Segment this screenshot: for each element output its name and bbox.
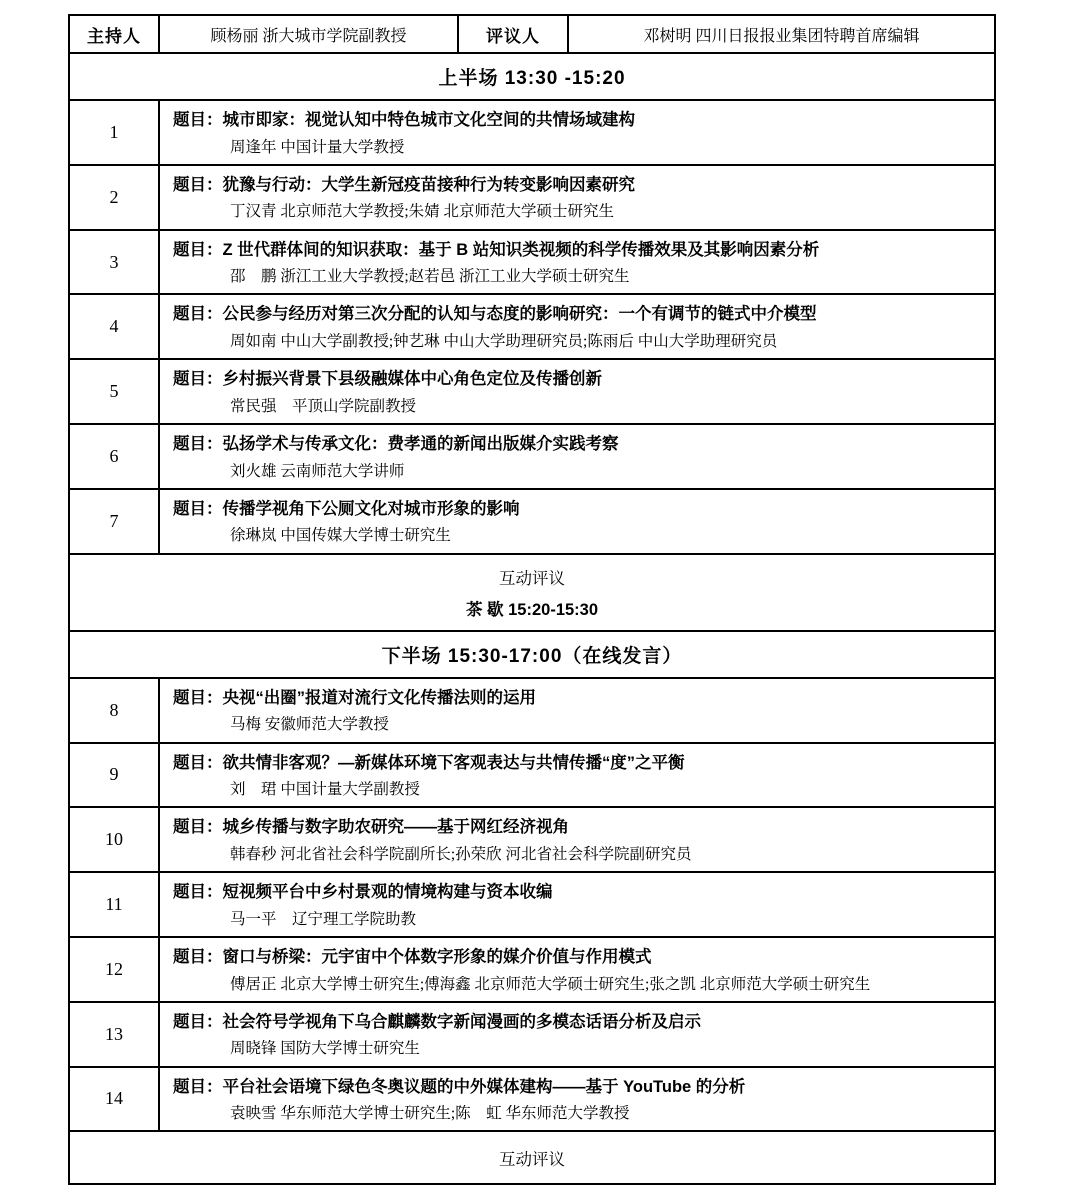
- presentation-number-cell: 13: [70, 1003, 160, 1066]
- presentation-content-cell: 题目：城乡传播与数字助农研究——基于网红经济视角 韩春秒 河北省社会科学院副所长…: [160, 808, 994, 871]
- presentation-authors: 周晓锋 国防大学博士研究生: [173, 1037, 980, 1060]
- presentation-content-cell: 题目：乡村振兴背景下县级融媒体中心角色定位及传播创新 常民强 平顶山学院副教授: [160, 360, 994, 423]
- presentation-number-cell: 1: [70, 101, 160, 164]
- presentation-number-cell: 8: [70, 679, 160, 742]
- presentation-number: 3: [110, 252, 119, 273]
- presentation-authors: 韩春秒 河北省社会科学院副所长;孙荣欣 河北省社会科学院副研究员: [173, 843, 980, 866]
- presentation-content-cell: 题目：Z 世代群体间的知识获取：基于 B 站知识类视频的科学传播效果及其影响因素…: [160, 231, 994, 294]
- presentation-row: 1 题目：城市即家：视觉认知中特色城市文化空间的共情场域建构 周逢年 中国计量大…: [70, 101, 994, 166]
- presentation-authors: 常民强 平顶山学院副教授: [173, 395, 980, 418]
- presentation-title: 题目：乡村振兴背景下县级融媒体中心角色定位及传播创新: [173, 367, 980, 393]
- presentation-row: 8 题目：央视“出圈”报道对流行文化传播法则的运用 马梅 安徽师范大学教授: [70, 679, 994, 744]
- presentation-title: 题目：城乡传播与数字助农研究——基于网红经济视角: [173, 815, 980, 841]
- host-label: 主持人: [70, 16, 160, 52]
- presentation-number-cell: 7: [70, 490, 160, 553]
- presentation-content-cell: 题目：弘扬学术与传承文化：费孝通的新闻出版媒介实践考察 刘火雄 云南师范大学讲师: [160, 425, 994, 488]
- presentation-content-cell: 题目：窗口与桥梁：元宇宙中个体数字形象的媒介价值与作用模式 傅居正 北京大学博士…: [160, 938, 994, 1001]
- presentation-content-cell: 题目：城市即家：视觉认知中特色城市文化空间的共情场域建构 周逢年 中国计量大学教…: [160, 101, 994, 164]
- presentation-number-cell: 9: [70, 744, 160, 807]
- presentation-number-cell: 3: [70, 231, 160, 294]
- presentation-content-cell: 题目：公民参与经历对第三次分配的认知与态度的影响研究：一个有调节的链式中介模型 …: [160, 295, 994, 358]
- presentation-authors: 周逢年 中国计量大学教授: [173, 136, 980, 159]
- presentation-title: 题目：短视频平台中乡村景观的情境构建与资本收编: [173, 880, 980, 906]
- host-value: 顾杨丽 浙大城市学院副教授: [160, 16, 459, 52]
- presentation-content-cell: 题目：传播学视角下公厕文化对城市形象的影响 徐琳岚 中国传媒大学博士研究生: [160, 490, 994, 553]
- presentation-number-cell: 11: [70, 873, 160, 936]
- presentation-number: 4: [110, 316, 119, 337]
- presentation-authors: 丁汉青 北京师范大学教授;朱婧 北京师范大学硕士研究生: [173, 200, 980, 223]
- presentation-row: 5 题目：乡村振兴背景下县级融媒体中心角色定位及传播创新 常民强 平顶山学院副教…: [70, 360, 994, 425]
- presentation-number: 9: [110, 764, 119, 785]
- presentation-number: 12: [105, 959, 123, 980]
- presentation-title: 题目：平台社会语境下绿色冬奥议题的中外媒体建构——基于 YouTube 的分析: [173, 1075, 980, 1101]
- session2-rows: 8 题目：央视“出圈”报道对流行文化传播法则的运用 马梅 安徽师范大学教授 9 …: [70, 679, 994, 1133]
- presentation-row: 12 题目：窗口与桥梁：元宇宙中个体数字形象的媒介价值与作用模式 傅居正 北京大…: [70, 938, 994, 1003]
- presentation-title: 题目：欲共情非客观？—新媒体环境下客观表达与共情传播“度”之平衡: [173, 751, 980, 777]
- presentation-row: 10 题目：城乡传播与数字助农研究——基于网红经济视角 韩春秒 河北省社会科学院…: [70, 808, 994, 873]
- presentation-authors: 马梅 安徽师范大学教授: [173, 713, 980, 736]
- presentation-number: 11: [105, 894, 122, 915]
- presentation-authors: 马一平 辽宁理工学院助教: [173, 908, 980, 931]
- footer-discussion-label: 互动评议: [499, 1146, 565, 1170]
- presentation-row: 4 题目：公民参与经历对第三次分配的认知与态度的影响研究：一个有调节的链式中介模…: [70, 295, 994, 360]
- presentation-number: 7: [110, 511, 119, 532]
- presentation-row: 3 题目：Z 世代群体间的知识获取：基于 B 站知识类视频的科学传播效果及其影响…: [70, 231, 994, 296]
- presentation-number: 10: [105, 829, 123, 850]
- presentation-title: 题目：窗口与桥梁：元宇宙中个体数字形象的媒介价值与作用模式: [173, 945, 980, 971]
- presentation-title: 题目：弘扬学术与传承文化：费孝通的新闻出版媒介实践考察: [173, 432, 980, 458]
- presentation-number-cell: 2: [70, 166, 160, 229]
- tea-break-label: 茶 歇 15:20-15:30: [466, 596, 598, 620]
- presentation-number: 1: [110, 122, 119, 143]
- interactive-discussion-label: 互动评议: [499, 565, 565, 589]
- presentation-number: 14: [105, 1088, 123, 1109]
- presentation-title: 题目：Z 世代群体间的知识获取：基于 B 站知识类视频的科学传播效果及其影响因素…: [173, 238, 980, 264]
- reviewer-value: 邓树明 四川日报报业集团特聘首席编辑: [569, 16, 994, 52]
- presentation-number-cell: 5: [70, 360, 160, 423]
- presentation-authors: 刘火雄 云南师范大学讲师: [173, 460, 980, 483]
- presentation-row: 2 题目：犹豫与行动：大学生新冠疫苗接种行为转变影响因素研究 丁汉青 北京师范大…: [70, 166, 994, 231]
- presentation-content-cell: 题目：短视频平台中乡村景观的情境构建与资本收编 马一平 辽宁理工学院助教: [160, 873, 994, 936]
- session2-title-text: 下半场 15:30-17:00（在线发言）: [382, 641, 683, 668]
- presentation-row: 7 题目：传播学视角下公厕文化对城市形象的影响 徐琳岚 中国传媒大学博士研究生: [70, 490, 994, 555]
- presentation-content-cell: 题目：央视“出圈”报道对流行文化传播法则的运用 马梅 安徽师范大学教授: [160, 679, 994, 742]
- presentation-content-cell: 题目：平台社会语境下绿色冬奥议题的中外媒体建构——基于 YouTube 的分析 …: [160, 1068, 994, 1131]
- presentation-authors: 周如南 中山大学副教授;钟艺琳 中山大学助理研究员;陈雨后 中山大学助理研究员: [173, 330, 980, 353]
- presentation-number: 6: [110, 446, 119, 467]
- presentation-title: 题目：央视“出圈”报道对流行文化传播法则的运用: [173, 686, 980, 712]
- presentation-number: 2: [110, 187, 119, 208]
- presentation-content-cell: 题目：社会符号学视角下乌合麒麟数字新闻漫画的多模态话语分析及启示 周晓锋 国防大…: [160, 1003, 994, 1066]
- conference-session-schedule-table: 主持人 顾杨丽 浙大城市学院副教授 评议人 邓树明 四川日报报业集团特聘首席编辑…: [68, 14, 996, 1185]
- discussion-tea-break-row: 互动评议 茶 歇 15:20-15:30: [70, 555, 994, 632]
- presentation-number-cell: 14: [70, 1068, 160, 1131]
- presentation-number: 13: [105, 1024, 123, 1045]
- presentation-row: 6 题目：弘扬学术与传承文化：费孝通的新闻出版媒介实践考察 刘火雄 云南师范大学…: [70, 425, 994, 490]
- presentation-content-cell: 题目：犹豫与行动：大学生新冠疫苗接种行为转变影响因素研究 丁汉青 北京师范大学教…: [160, 166, 994, 229]
- presentation-row: 13 题目：社会符号学视角下乌合麒麟数字新闻漫画的多模态话语分析及启示 周晓锋 …: [70, 1003, 994, 1068]
- presentation-authors: 袁映雪 华东师范大学博士研究生;陈 虹 华东师范大学教授: [173, 1102, 980, 1125]
- session1-title: 上半场 13:30 -15:20: [70, 54, 994, 101]
- footer-discussion-row: 互动评议: [70, 1132, 994, 1183]
- session2-title: 下半场 15:30-17:00（在线发言）: [70, 632, 994, 679]
- moderator-reviewer-row: 主持人 顾杨丽 浙大城市学院副教授 评议人 邓树明 四川日报报业集团特聘首席编辑: [70, 16, 994, 54]
- presentation-authors: 傅居正 北京大学博士研究生;傅海鑫 北京师范大学硕士研究生;张之凯 北京师范大学…: [173, 973, 980, 996]
- reviewer-label: 评议人: [459, 16, 569, 52]
- presentation-authors: 刘 珺 中国计量大学副教授: [173, 778, 980, 801]
- presentation-row: 11 题目：短视频平台中乡村景观的情境构建与资本收编 马一平 辽宁理工学院助教: [70, 873, 994, 938]
- presentation-number: 8: [110, 700, 119, 721]
- presentation-number-cell: 10: [70, 808, 160, 871]
- presentation-title: 题目：城市即家：视觉认知中特色城市文化空间的共情场域建构: [173, 108, 980, 134]
- presentation-number-cell: 6: [70, 425, 160, 488]
- presentation-title: 题目：公民参与经历对第三次分配的认知与态度的影响研究：一个有调节的链式中介模型: [173, 302, 980, 328]
- presentation-number: 5: [110, 381, 119, 402]
- presentation-authors: 邵 鹏 浙江工业大学教授;赵若邑 浙江工业大学硕士研究生: [173, 265, 980, 288]
- session1-rows: 1 题目：城市即家：视觉认知中特色城市文化空间的共情场域建构 周逢年 中国计量大…: [70, 101, 994, 555]
- presentation-number-cell: 4: [70, 295, 160, 358]
- presentation-number-cell: 12: [70, 938, 160, 1001]
- presentation-title: 题目：社会符号学视角下乌合麒麟数字新闻漫画的多模态话语分析及启示: [173, 1010, 980, 1036]
- presentation-content-cell: 题目：欲共情非客观？—新媒体环境下客观表达与共情传播“度”之平衡 刘 珺 中国计…: [160, 744, 994, 807]
- presentation-title: 题目：传播学视角下公厕文化对城市形象的影响: [173, 497, 980, 523]
- presentation-title: 题目：犹豫与行动：大学生新冠疫苗接种行为转变影响因素研究: [173, 173, 980, 199]
- session1-title-text: 上半场 13:30 -15:20: [438, 63, 625, 90]
- presentation-authors: 徐琳岚 中国传媒大学博士研究生: [173, 524, 980, 547]
- presentation-row: 14 题目：平台社会语境下绿色冬奥议题的中外媒体建构——基于 YouTube 的…: [70, 1068, 994, 1133]
- presentation-row: 9 题目：欲共情非客观？—新媒体环境下客观表达与共情传播“度”之平衡 刘 珺 中…: [70, 744, 994, 809]
